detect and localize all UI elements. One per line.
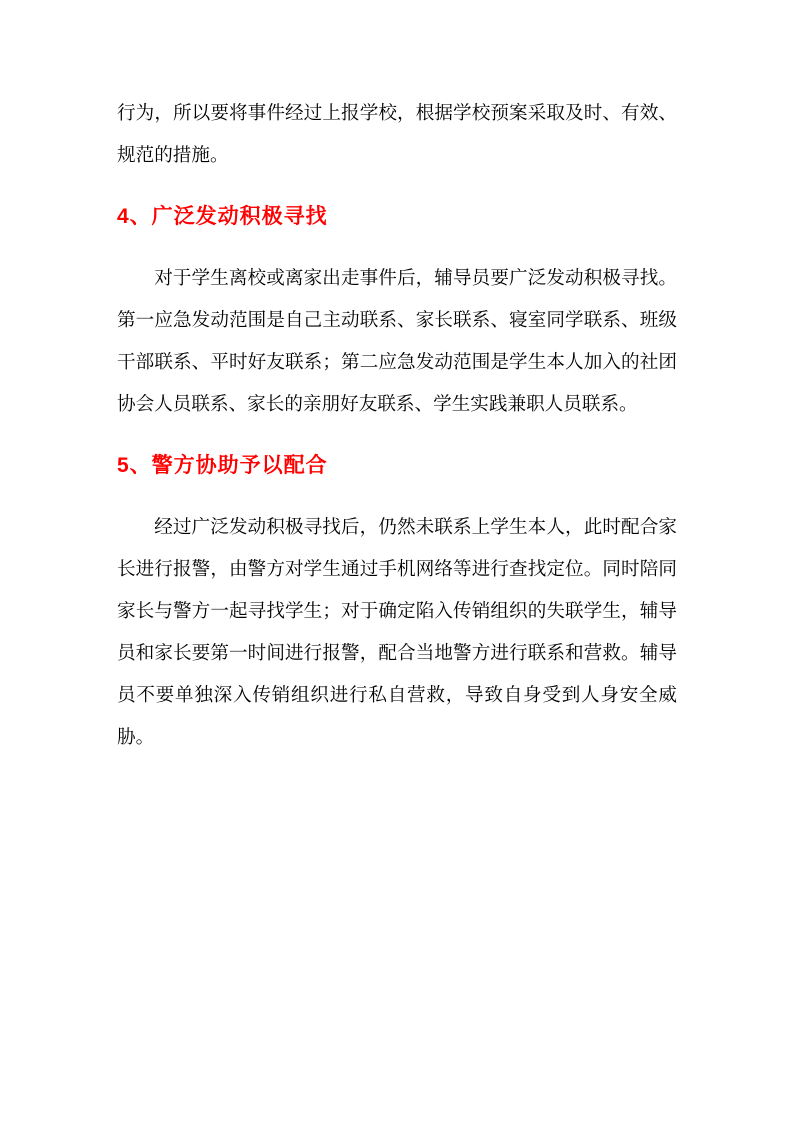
continuation-paragraph: 行为，所以要将事件经过上报学校，根据学校预案采取及时、有效、规范的措施。 (117, 93, 677, 177)
section-5-heading: 5、警方协助予以配合 (117, 451, 677, 481)
section-4-heading: 4、广泛发动积极寻找 (117, 202, 677, 232)
document-page: 行为，所以要将事件经过上报学校，根据学校预案采取及时、有效、规范的措施。 4、广… (0, 0, 793, 1122)
section-4-paragraph: 对于学生离校或离家出走事件后，辅导员要广泛发动积极寻找。第一应急发动范围是自己主… (117, 258, 677, 426)
section-5-paragraph: 经过广泛发动积极寻找后，仍然未联系上学生本人，此时配合家长进行报警，由警方对学生… (117, 507, 677, 759)
